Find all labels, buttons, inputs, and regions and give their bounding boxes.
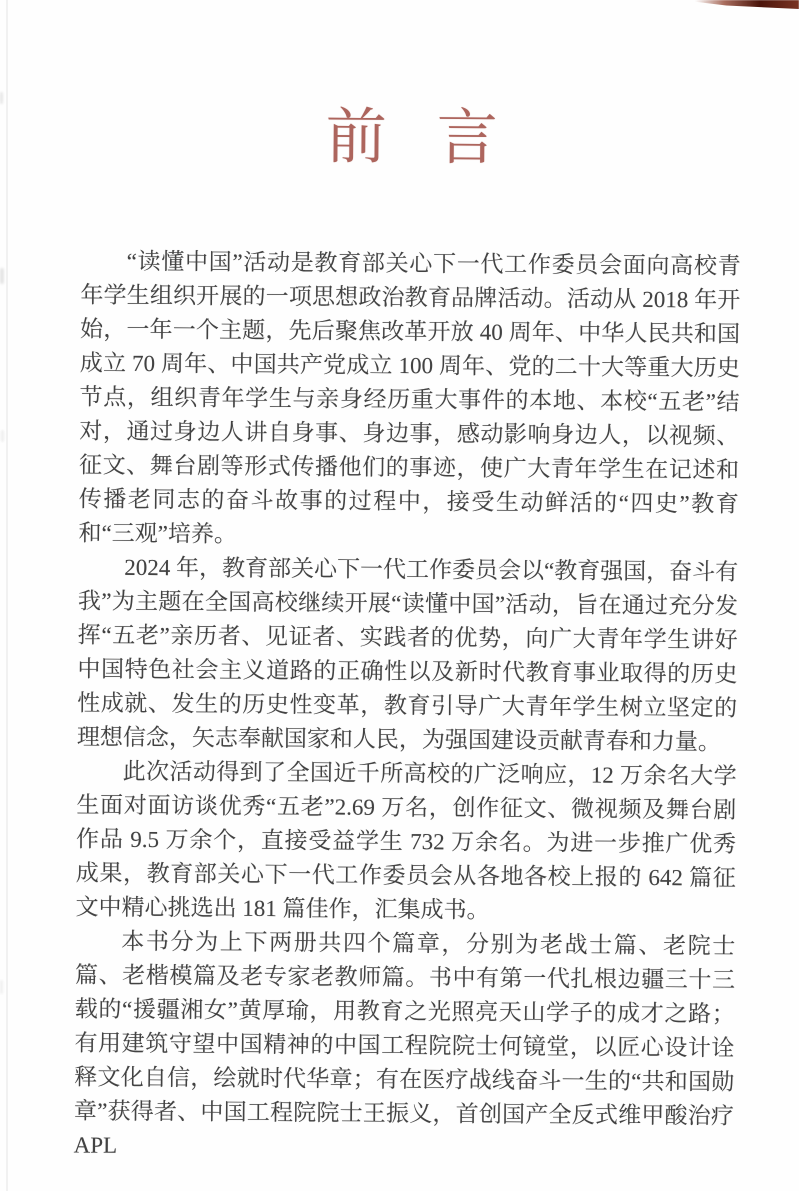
- preface-body: “读懂中国”活动是教育部关心下一代工作委员会面向高校青年学生组织开展的一项思想政…: [74, 244, 741, 1167]
- paragraph-2: 2024 年，教育部关心下一代工作委员会以“教育强国，奋斗有我”为主题在全国高校…: [77, 550, 739, 759]
- scan-edge-line: [6, 0, 8, 1191]
- scan-smudge: [1, 430, 4, 442]
- scan-smudge: [0, 980, 3, 994]
- scan-smudge: [0, 92, 3, 104]
- paragraph-3: 此次活动得到了全国近千所高校的广泛响应，12 万余名大学生面对面访谈优秀“五老”…: [75, 754, 736, 929]
- page-title-char-1: 前: [325, 95, 387, 181]
- paragraph-1: “读懂中国”活动是教育部关心下一代工作委员会面向高校青年学生组织开展的一项思想政…: [78, 244, 740, 555]
- paragraph-4: 本书分为上下两册共四个篇章，分别为老战士篇、老院士篇、老楷模篇及老专家老教师篇。…: [74, 924, 736, 1167]
- page-title-char-2: 言: [436, 96, 498, 182]
- scanned-page: 前 言 “读懂中国”活动是教育部关心下一代工作委员会面向高校青年学生组织开展的一…: [0, 0, 799, 1191]
- page-sheet: 前 言 “读懂中国”活动是教育部关心下一代工作委员会面向高校青年学生组织开展的一…: [0, 0, 799, 1191]
- page-title: 前 言: [81, 93, 742, 184]
- scan-smudge: [0, 268, 4, 284]
